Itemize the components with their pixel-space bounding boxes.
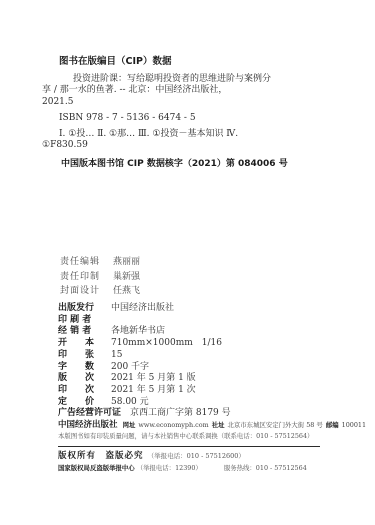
pub-label: 广告经营许可证 <box>58 408 121 420</box>
publication-info-block: 出版发行 中国经济出版社 印 刷 者 经 销 者 各地新华书店 开 本 710m… <box>58 303 231 420</box>
pub-row-ad-license: 广告经营许可证 京西工商广字第 8179 号 <box>58 408 231 420</box>
pub-label: 字 数 <box>58 362 102 374</box>
credits-block: 责任编辑 燕丽丽 责任印制 巢新强 封面设计 任燕飞 <box>60 255 140 299</box>
pub-label: 印 刷 者 <box>58 315 102 327</box>
pub-value: 京西工商广字第 8179 号 <box>130 408 231 420</box>
pub-row-format: 开 本 710mm×1000mm 1/16 <box>58 338 231 350</box>
credit-value: 任燕飞 <box>113 284 140 299</box>
pub-value: 710mm×1000mm 1/16 <box>111 338 222 350</box>
service-hotline: 服务热线：010 - 57512564 <box>224 464 307 472</box>
pub-value: 中国经济出版社 <box>111 303 174 315</box>
pub-label: 印 张 <box>58 350 102 362</box>
pub-label: 定 价 <box>58 397 102 409</box>
zipcode-key: 邮编 <box>326 421 339 429</box>
credit-label: 封面设计 <box>60 284 104 299</box>
copyright-phone: （举报电话：010 - 57512600） <box>148 452 245 460</box>
pub-value: 2021 年 5 月第 1 版 <box>111 373 196 385</box>
pub-row-word-count: 字 数 200 千字 <box>58 362 231 374</box>
copyright-page: 图书在版编目（CIP）数据 投资进阶课：写给聪明投资者的思维进阶与案例分 享 /… <box>0 0 375 525</box>
footer-divider <box>58 446 320 447</box>
website-key: 网址 <box>123 421 136 429</box>
pub-row-sheets: 印 张 15 <box>58 350 231 362</box>
publisher-contact-line: 中国经济出版社 网址 www.economyph.com 社址 北京市东城区安定… <box>58 421 320 430</box>
copyright-line: 版权所有 盗版必究 （举报电话：010 - 57512600） <box>58 451 320 461</box>
pub-row-price: 定 价 58.00 元 <box>58 397 231 409</box>
cip-class-code-line: ①F830.59 <box>42 140 322 151</box>
cip-author-line: 享 / 那一水的鱼著. -- 北京：中国经济出版社， <box>42 85 322 96</box>
pub-value: 58.00 元 <box>111 397 149 409</box>
pub-value: 各地新华书店 <box>111 326 165 338</box>
pub-label: 开 本 <box>58 338 102 350</box>
credit-row-printing: 责任印制 巢新强 <box>60 270 140 285</box>
cip-class-line: Ⅰ. ①投… Ⅱ. ①那… Ⅲ. ①投资－基本知识 Ⅳ. <box>59 129 322 140</box>
pub-label: 经 销 者 <box>58 326 102 338</box>
report-center-name: 国家版权局反盗版举报中心 <box>58 464 135 472</box>
credit-label: 责任印制 <box>60 270 104 285</box>
pub-label: 出版发行 <box>58 303 102 315</box>
piracy-report-line: 国家版权局反盗版举报中心 （举报电话：12390） 服务热线：010 - 575… <box>58 463 320 473</box>
pub-row-distributor: 经 销 者 各地新华书店 <box>58 326 231 338</box>
pub-row-edition: 版 次 2021 年 5 月第 1 版 <box>58 373 231 385</box>
cip-block: 图书在版编目（CIP）数据 投资进阶课：写给聪明投资者的思维进阶与案例分 享 /… <box>42 56 322 171</box>
credit-label: 责任编辑 <box>60 255 104 270</box>
pub-value: 200 千字 <box>111 362 149 374</box>
zipcode-value: 100011 <box>342 421 366 429</box>
cip-isbn-line: ISBN 978 - 7 - 5136 - 6474 - 5 <box>59 113 322 124</box>
pub-value: 15 <box>111 350 122 362</box>
website-value: www.economyph.com <box>138 421 208 429</box>
credit-value: 燕丽丽 <box>113 255 140 270</box>
cip-record-number: 中国版本图书馆 CIP 数据核字（2021）第 084006 号 <box>61 159 322 170</box>
footer-block: 中国经济出版社 网址 www.economyph.com 社址 北京市东城区安定… <box>58 421 320 473</box>
credit-value: 巢新强 <box>113 270 140 285</box>
pub-row-publisher: 出版发行 中国经济出版社 <box>58 303 231 315</box>
pub-row-impression: 印 次 2021 年 5 月第 1 次 <box>58 385 231 397</box>
copyright-statement: 版权所有 盗版必究 <box>58 451 144 461</box>
address-key: 社址 <box>212 421 225 429</box>
cip-heading: 图书在版编目（CIP）数据 <box>59 56 322 67</box>
pub-value: 2021 年 5 月第 1 次 <box>111 385 196 397</box>
credit-row-editor: 责任编辑 燕丽丽 <box>60 255 140 270</box>
publisher-name: 中国经济出版社 <box>58 420 118 430</box>
report-phone: （举报电话：12390） <box>137 464 202 472</box>
cip-title-line: 投资进阶课：写给聪明投资者的思维进阶与案例分 <box>73 74 322 85</box>
pub-label: 版 次 <box>58 373 102 385</box>
address-value: 北京市东城区安定门外大街 58 号 <box>228 421 323 429</box>
cip-year-line: 2021.5 <box>42 97 322 108</box>
pub-row-printer: 印 刷 者 <box>58 315 231 327</box>
credit-row-cover-design: 封面设计 任燕飞 <box>60 284 140 299</box>
pub-label: 印 次 <box>58 385 102 397</box>
quality-note-line: 本版图书如有印装质量问题，请与本社销售中心联系调换（联系电话：010 - 575… <box>58 432 320 441</box>
